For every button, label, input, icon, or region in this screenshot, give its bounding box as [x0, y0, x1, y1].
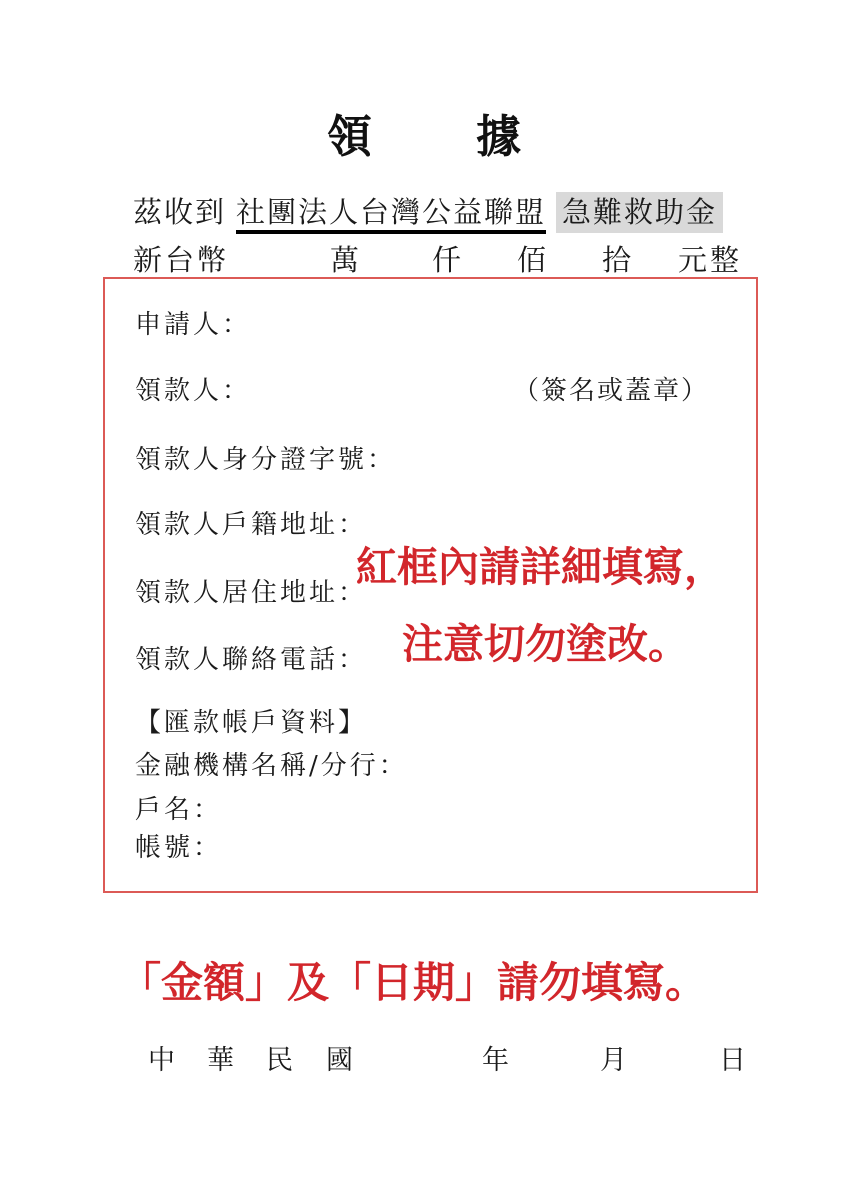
field-applicant: 申請人： [105, 304, 756, 341]
unit-thousand: 仟 [432, 238, 464, 279]
era-char-min: 民 [266, 1038, 293, 1077]
currency-label: 新台幣 [133, 238, 229, 279]
unit-ten: 拾 [602, 238, 634, 279]
residence-address-label: 領款人居住地址： [135, 578, 367, 608]
bank-section-header-label: 【匯款帳戶資料】 [135, 708, 367, 738]
year-label: 年 [482, 1038, 509, 1077]
field-account-name: 戶名： [105, 789, 756, 826]
amount-suffix: 元整 [678, 238, 742, 279]
field-payee: 領款人： （簽名或蓋章） [105, 370, 756, 407]
page-title-char-1: 領 [327, 100, 372, 165]
page-title-char-2: 據 [476, 100, 521, 165]
roc-date-line: 中 華 民 國 年 月 日 [0, 1038, 848, 1078]
payee-id-label: 領款人身分證字號： [135, 445, 396, 475]
month-label: 月 [600, 1038, 627, 1077]
page-title: 領 據 [0, 100, 848, 165]
fund-name-highlighted: 急難救助金 [556, 192, 723, 233]
unit-hundred: 佰 [517, 238, 549, 279]
amount-line: 新台幣 萬 仟 佰 拾 元整 [0, 238, 848, 278]
era-char-guo: 國 [326, 1038, 353, 1077]
bottom-warning-note: 「金額」及「日期」請勿填寫。 [119, 950, 707, 1010]
field-payee-id-number: 領款人身分證字號： [105, 439, 756, 476]
recipient-prefix: 茲收到 [133, 195, 226, 229]
account-name-label: 戶名： [135, 795, 222, 825]
signature-or-seal-note: （簽名或蓋章） [513, 370, 709, 407]
overlay-instruction-line2: 注意切勿塗改。 [402, 611, 689, 670]
field-account-number: 帳號： [105, 827, 756, 864]
registered-address-label: 領款人戶籍地址： [135, 510, 367, 540]
bank-name-label: 金融機構名稱/分行： [135, 751, 408, 781]
era-char-zhong: 中 [148, 1038, 175, 1077]
era-char-hua: 華 [207, 1038, 234, 1077]
overlay-instruction-line1: 紅框內請詳細填寫， [356, 534, 725, 593]
applicant-label: 申請人： [135, 310, 251, 340]
day-label: 日 [719, 1038, 746, 1077]
payee-label: 領款人： [135, 376, 251, 406]
field-bank-name: 金融機構名稱/分行： [105, 745, 756, 782]
contact-phone-label: 領款人聯絡電話： [135, 645, 367, 675]
bank-section-header: 【匯款帳戶資料】 [105, 702, 756, 739]
organization-name: 社團法人台灣公益聯盟 [236, 195, 546, 234]
recipient-line: 茲收到社團法人台灣公益聯盟急難救助金 [133, 190, 723, 231]
account-number-label: 帳號： [135, 833, 222, 863]
unit-ten-thousand: 萬 [330, 238, 362, 279]
